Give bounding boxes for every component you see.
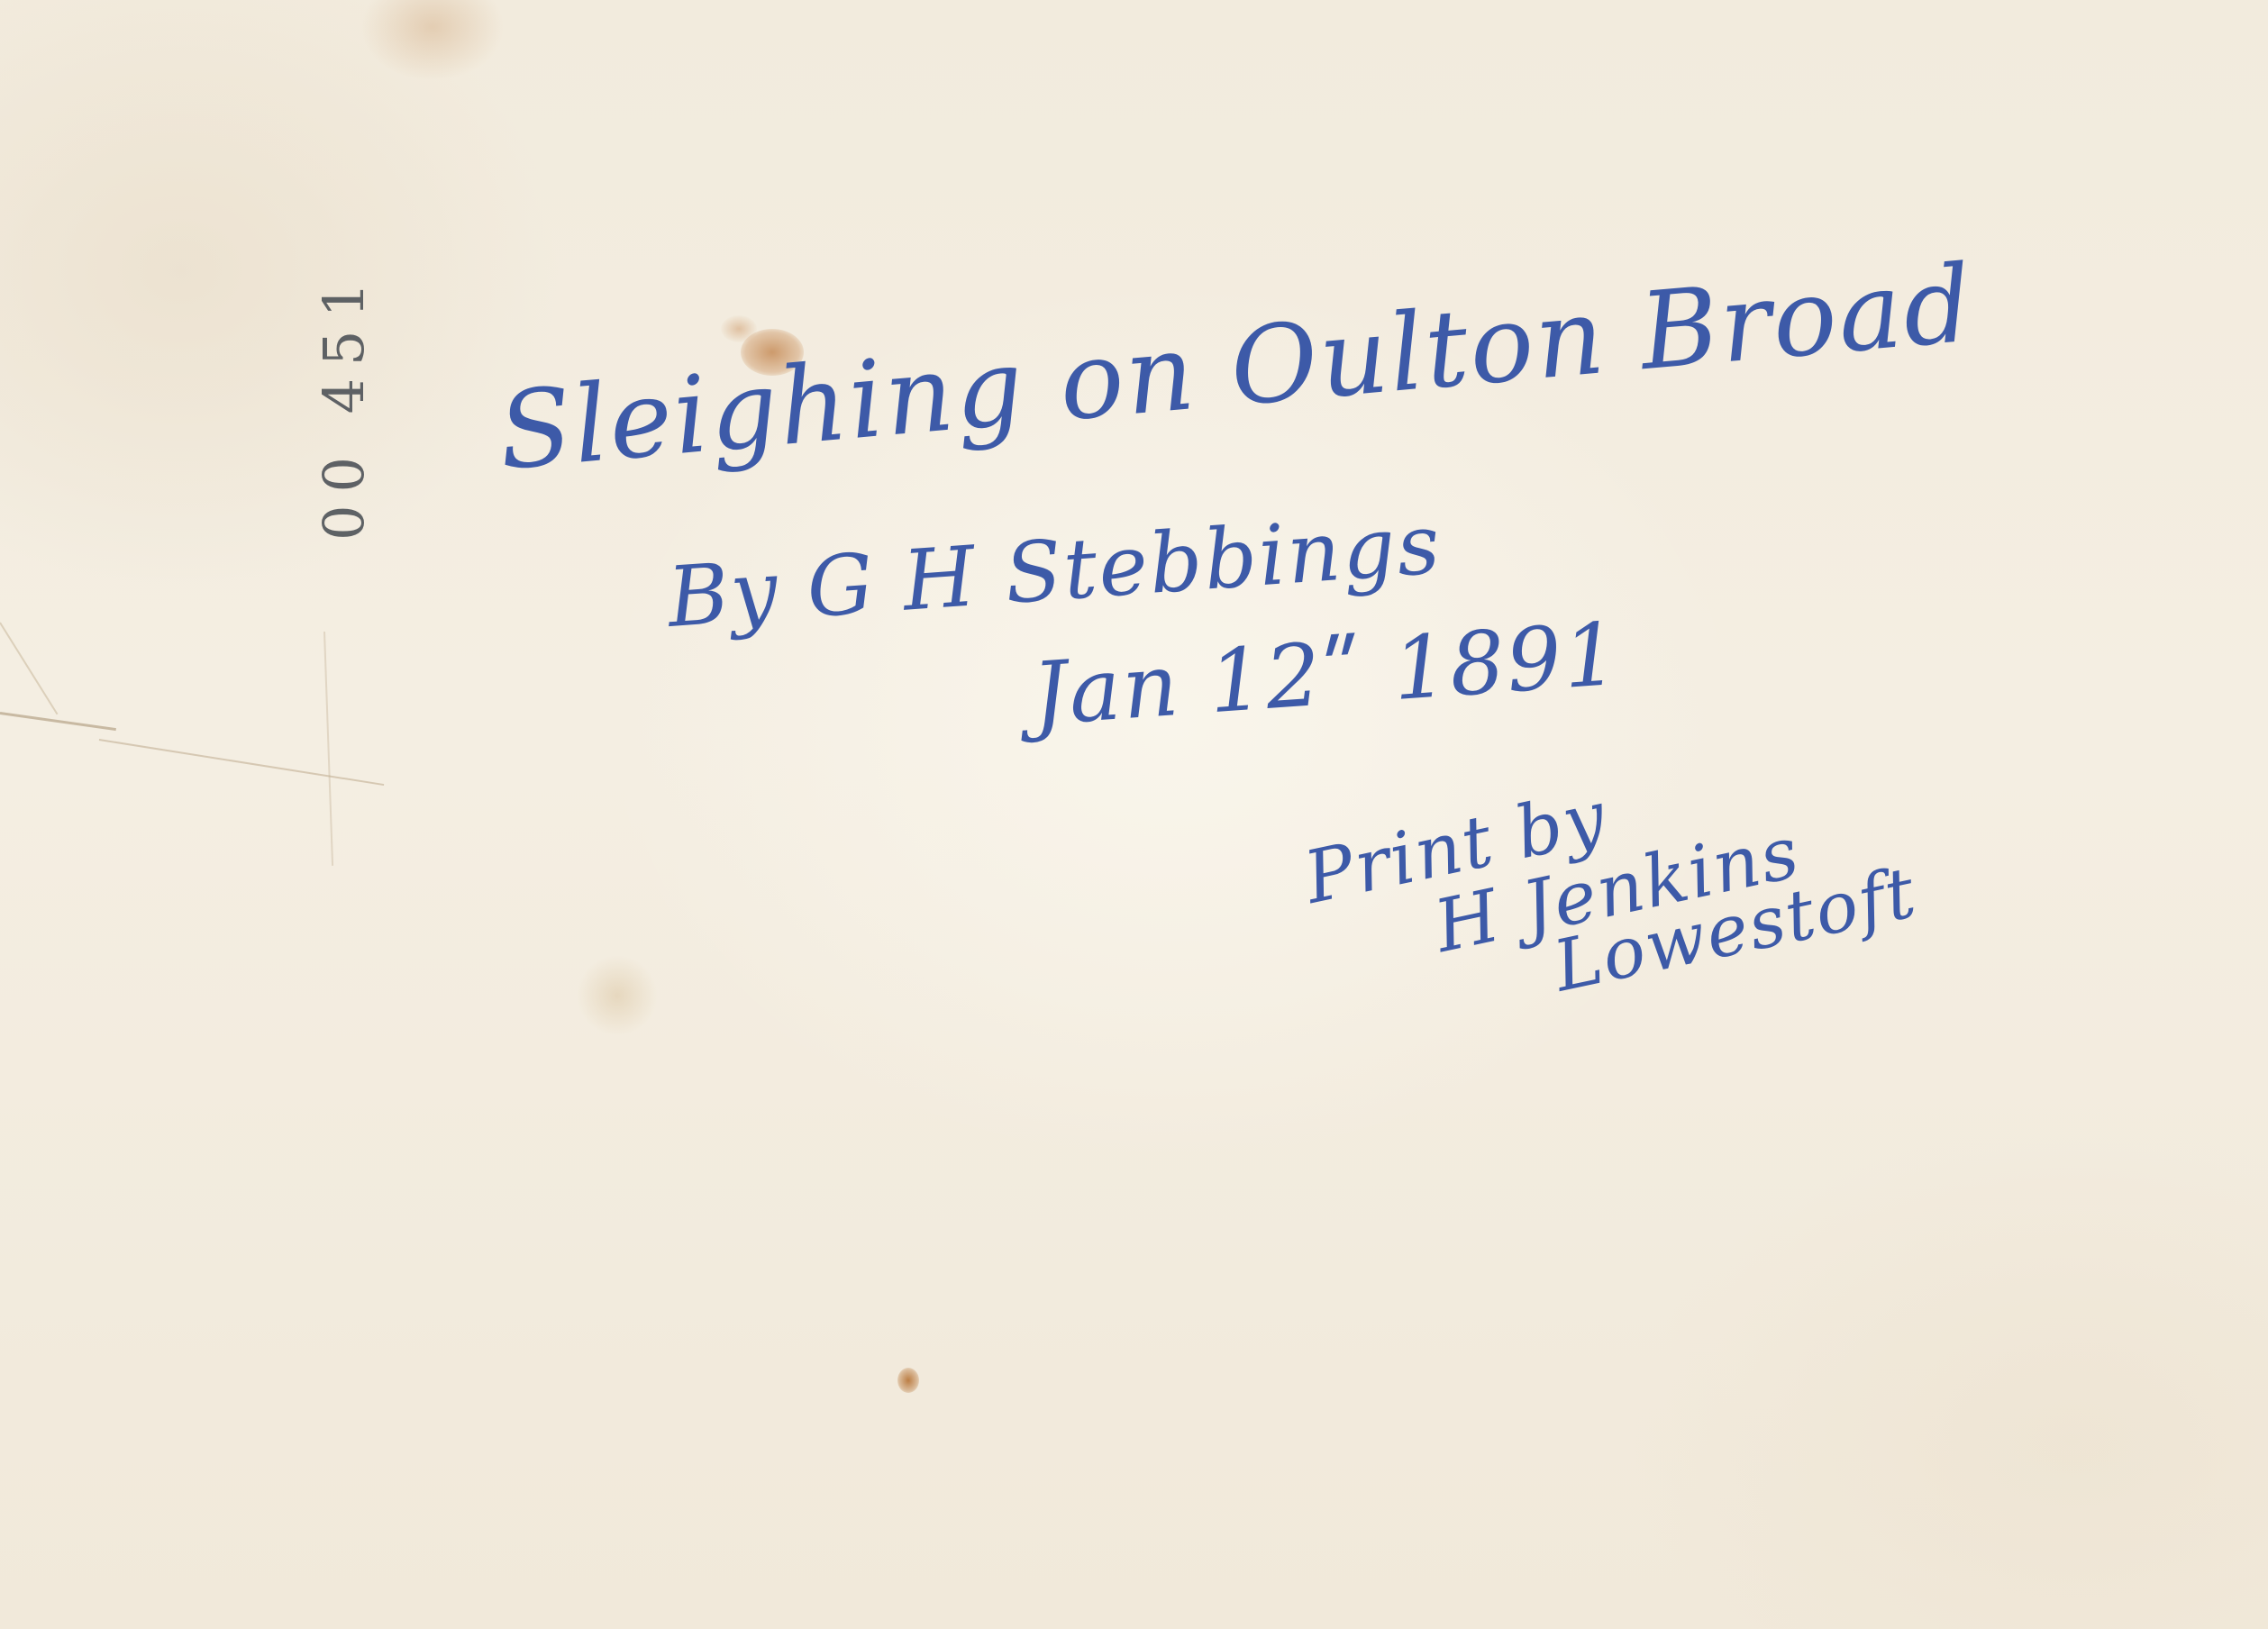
- ink-blot-stain-tail: [721, 315, 757, 342]
- inscription-title: Sleighing on Oulton Broad: [494, 241, 1978, 494]
- catalog-stamp-number: 00 451: [311, 234, 365, 541]
- paper-crease-diagonal: [0, 622, 58, 714]
- inscription-date: Jan 12ʺ 1891: [1029, 604, 1623, 745]
- paper-crease-vertical: [323, 632, 333, 866]
- faint-stain-left: [577, 955, 658, 1036]
- paper-crease-left-2: [99, 739, 384, 786]
- foxing-spot-bottom: [897, 1368, 919, 1393]
- paper-crease-left: [0, 712, 116, 731]
- rust-stain-top: [360, 0, 505, 81]
- document-paper: 00 451 Sleighing on Oulton Broad By G H …: [0, 0, 2268, 1629]
- print-credit: Print by H Jenkins Lowestoft: [1298, 714, 1924, 1054]
